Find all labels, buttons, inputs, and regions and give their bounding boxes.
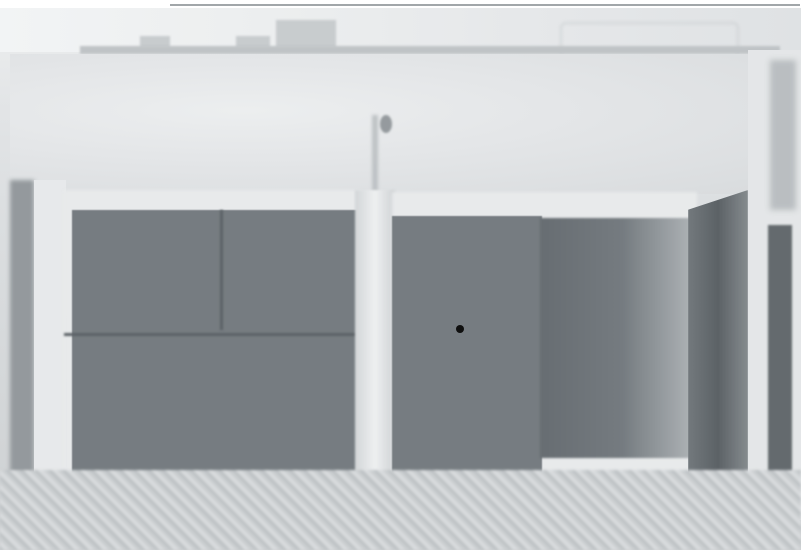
roof-structure: [276, 20, 336, 48]
central-pillar: [355, 190, 395, 490]
wall-crack: [372, 115, 378, 195]
right-post: [768, 225, 792, 495]
caption-rule: [170, 4, 800, 6]
roof-edge: [80, 46, 780, 54]
garage-photo: [0, 0, 801, 550]
gate-hole: [456, 325, 464, 333]
right-gate-leaf: [392, 216, 542, 476]
left-garage-gate: [72, 210, 358, 475]
wall-stain: [380, 115, 392, 133]
left-gate-seam-vertical: [220, 210, 223, 330]
left-post: [10, 180, 34, 480]
left-wall: [34, 180, 66, 480]
left-gate-seam: [64, 333, 358, 336]
right-wall-shadow: [770, 60, 796, 210]
open-bay-interior: [540, 218, 690, 458]
upper-wall: [10, 54, 790, 194]
gravel-ground: [0, 470, 801, 550]
